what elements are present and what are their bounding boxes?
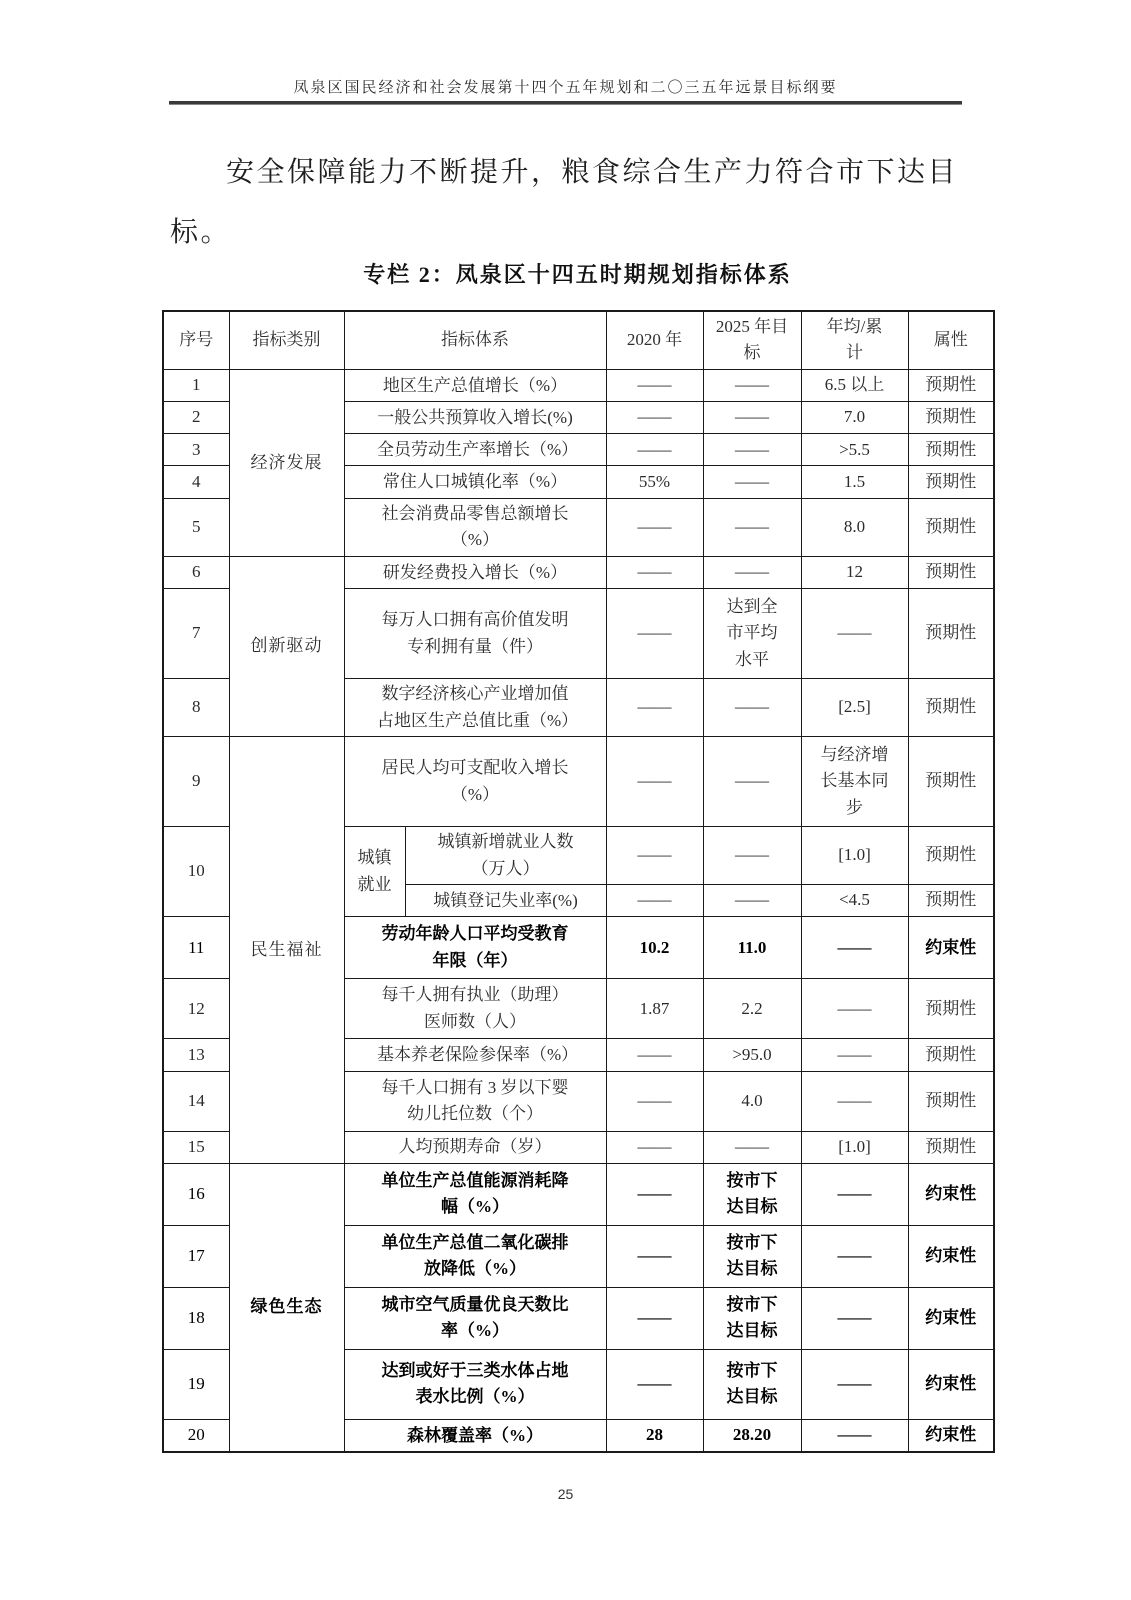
value-2020: —— — [606, 1349, 703, 1419]
value-avg: <4.5 — [801, 885, 908, 917]
indicator-name: 单位生产总值能源消耗降幅（%） — [344, 1163, 606, 1225]
value-2020: 55% — [606, 466, 703, 498]
value-2025: —— — [703, 369, 801, 401]
indicator-name: 地区生产总值增长（%） — [344, 369, 606, 401]
value-attr: 预期性 — [908, 466, 994, 498]
value-2025: —— — [703, 466, 801, 498]
value-attr: 约束性 — [908, 1287, 994, 1349]
indicator-name: 达到或好于三类水体占地表水比例（%） — [344, 1349, 606, 1419]
table-row: 16 绿色生态 单位生产总值能源消耗降幅（%） —— 按市下达目标 —— 约束性 — [163, 1163, 994, 1225]
row-no: 1 — [163, 369, 229, 401]
category-ecology: 绿色生态 — [229, 1163, 344, 1452]
row-no: 15 — [163, 1131, 229, 1163]
indicator-name: 一般公共预算收入增长(%) — [344, 401, 606, 433]
row-no: 11 — [163, 917, 229, 979]
value-2025: 达到全市平均水平 — [703, 589, 801, 679]
table-title: 专栏 2：凤泉区十四五时期规划指标体系 — [162, 258, 993, 289]
row-no: 12 — [163, 979, 229, 1039]
value-avg: —— — [801, 1349, 908, 1419]
body-paragraph-line-1: 安全保障能力不断提升，粮食综合生产力符合市下达目 — [170, 150, 1056, 190]
value-attr: 约束性 — [908, 917, 994, 979]
indicator-name: 基本养老保险参保率（%） — [344, 1039, 606, 1071]
row-no: 17 — [163, 1225, 229, 1287]
value-attr: 约束性 — [908, 1225, 994, 1287]
value-2020: —— — [606, 401, 703, 433]
indicator-name: 人均预期寿命（岁） — [344, 1131, 606, 1163]
value-2025: —— — [703, 556, 801, 588]
table-row: 1 经济发展 地区生产总值增长（%） —— —— 6.5 以上 预期性 — [163, 369, 994, 401]
header-no: 序号 — [163, 311, 229, 369]
page-number: 25 — [0, 1486, 1131, 1502]
indicator-name: 数字经济核心产业增加值占地区生产总值比重（%） — [344, 679, 606, 737]
value-2025: —— — [703, 401, 801, 433]
indicator-name: 城镇登记失业率(%) — [405, 885, 606, 917]
value-2025: 按市下达目标 — [703, 1225, 801, 1287]
value-2020: —— — [606, 498, 703, 556]
value-2020: —— — [606, 1163, 703, 1225]
row-no: 6 — [163, 556, 229, 588]
table-row: 9 民生福祉 居民人均可支配收入增长（%） —— —— 与经济增长基本同步 预期… — [163, 737, 994, 827]
row-no: 9 — [163, 737, 229, 827]
row-no: 18 — [163, 1287, 229, 1349]
value-2020: —— — [606, 369, 703, 401]
indicator-name: 城镇新增就业人数（万人） — [405, 827, 606, 885]
value-attr: 预期性 — [908, 679, 994, 737]
value-2020: —— — [606, 827, 703, 885]
value-attr: 预期性 — [908, 1039, 994, 1071]
value-attr: 预期性 — [908, 737, 994, 827]
value-2020: —— — [606, 679, 703, 737]
document-running-header: 凤泉区国民经济和社会发展第十四个五年规划和二〇三五年远景目标纲要 — [0, 76, 1131, 97]
indicator-name: 劳动年龄人口平均受教育年限（年） — [344, 917, 606, 979]
row-no: 19 — [163, 1349, 229, 1419]
indicator-name: 单位生产总值二氧化碳排放降低（%） — [344, 1225, 606, 1287]
row-no: 7 — [163, 589, 229, 679]
row-no: 3 — [163, 434, 229, 466]
value-attr: 约束性 — [908, 1349, 994, 1419]
employment-group-cell: 城镇就业 — [344, 827, 405, 917]
value-2020: 10.2 — [606, 917, 703, 979]
row-no: 4 — [163, 466, 229, 498]
value-avg: >5.5 — [801, 434, 908, 466]
value-avg: —— — [801, 1287, 908, 1349]
value-attr: 预期性 — [908, 979, 994, 1039]
value-2025: 按市下达目标 — [703, 1163, 801, 1225]
value-2025: —— — [703, 827, 801, 885]
value-avg: —— — [801, 917, 908, 979]
row-no: 8 — [163, 679, 229, 737]
value-2020: —— — [606, 885, 703, 917]
header-attribute: 属性 — [908, 311, 994, 369]
row-no: 13 — [163, 1039, 229, 1071]
row-no: 5 — [163, 498, 229, 556]
indicator-name: 研发经费投入增长（%） — [344, 556, 606, 588]
value-avg: —— — [801, 589, 908, 679]
value-2020: 1.87 — [606, 979, 703, 1039]
value-avg: —— — [801, 1419, 908, 1452]
header-divider-rule — [169, 101, 962, 105]
indicator-name: 社会消费品零售总额增长（%） — [344, 498, 606, 556]
value-avg: 6.5 以上 — [801, 369, 908, 401]
value-attr: 预期性 — [908, 1131, 994, 1163]
value-2025: 2.2 — [703, 979, 801, 1039]
row-no: 16 — [163, 1163, 229, 1225]
planning-indicator-table: 序号 指标类别 指标体系 2020 年 2025 年目标 年均/累计 属性 1 … — [162, 310, 995, 1453]
employment-group-label: 城镇就业 — [355, 845, 395, 898]
row-no: 10 — [163, 827, 229, 917]
value-attr: 预期性 — [908, 434, 994, 466]
value-2020: —— — [606, 1287, 703, 1349]
value-2020: —— — [606, 589, 703, 679]
value-attr: 约束性 — [908, 1419, 994, 1452]
value-2025: 按市下达目标 — [703, 1349, 801, 1419]
value-avg: —— — [801, 979, 908, 1039]
value-avg: [1.0] — [801, 1131, 908, 1163]
value-2020: —— — [606, 556, 703, 588]
row-no: 14 — [163, 1071, 229, 1131]
value-2025: —— — [703, 885, 801, 917]
value-avg: —— — [801, 1071, 908, 1131]
value-2025: 按市下达目标 — [703, 1287, 801, 1349]
value-attr: 约束性 — [908, 1163, 994, 1225]
value-avg: 7.0 — [801, 401, 908, 433]
value-2020: —— — [606, 1071, 703, 1131]
value-2025: >95.0 — [703, 1039, 801, 1071]
header-2025-target: 2025 年目标 — [703, 311, 801, 369]
value-2020: —— — [606, 1039, 703, 1071]
category-economy: 经济发展 — [229, 369, 344, 556]
category-innovation: 创新驱动 — [229, 556, 344, 736]
value-2020: —— — [606, 1131, 703, 1163]
category-livelihood: 民生福祉 — [229, 737, 344, 1164]
value-2025: —— — [703, 679, 801, 737]
value-avg: 12 — [801, 556, 908, 588]
value-avg: —— — [801, 1039, 908, 1071]
header-indicator: 指标体系 — [344, 311, 606, 369]
value-avg: [2.5] — [801, 679, 908, 737]
value-attr: 预期性 — [908, 589, 994, 679]
indicator-name: 每万人口拥有高价值发明专利拥有量（件） — [344, 589, 606, 679]
header-2020: 2020 年 — [606, 311, 703, 369]
indicator-name: 森林覆盖率（%） — [344, 1419, 606, 1452]
table-header-row: 序号 指标类别 指标体系 2020 年 2025 年目标 年均/累计 属性 — [163, 311, 994, 369]
row-no: 2 — [163, 401, 229, 433]
value-2020: —— — [606, 737, 703, 827]
value-2025: —— — [703, 1131, 801, 1163]
value-avg: [1.0] — [801, 827, 908, 885]
header-avg-cumulative: 年均/累计 — [801, 311, 908, 369]
row-no: 20 — [163, 1419, 229, 1452]
value-avg: 1.5 — [801, 466, 908, 498]
value-avg: 8.0 — [801, 498, 908, 556]
value-2025: 4.0 — [703, 1071, 801, 1131]
value-attr: 预期性 — [908, 885, 994, 917]
body-paragraph-line-2: 标。 — [170, 210, 1000, 250]
value-2025: —— — [703, 737, 801, 827]
value-avg: —— — [801, 1225, 908, 1287]
value-attr: 预期性 — [908, 556, 994, 588]
value-attr: 预期性 — [908, 401, 994, 433]
value-2025: 11.0 — [703, 917, 801, 979]
indicator-name: 每千人口拥有 3 岁以下婴幼儿托位数（个） — [344, 1071, 606, 1131]
indicator-name: 常住人口城镇化率（%） — [344, 466, 606, 498]
value-attr: 预期性 — [908, 827, 994, 885]
value-avg: 与经济增长基本同步 — [801, 737, 908, 827]
value-2020: —— — [606, 434, 703, 466]
indicator-name: 每千人拥有执业（助理）医师数（人） — [344, 979, 606, 1039]
table-row: 6 创新驱动 研发经费投入增长（%） —— —— 12 预期性 — [163, 556, 994, 588]
indicator-name: 全员劳动生产率增长（%） — [344, 434, 606, 466]
value-avg: —— — [801, 1163, 908, 1225]
value-attr: 预期性 — [908, 498, 994, 556]
value-2025: 28.20 — [703, 1419, 801, 1452]
header-category: 指标类别 — [229, 311, 344, 369]
indicator-name: 城市空气质量优良天数比率（%） — [344, 1287, 606, 1349]
value-2025: —— — [703, 434, 801, 466]
value-attr: 预期性 — [908, 369, 994, 401]
value-2020: 28 — [606, 1419, 703, 1452]
value-attr: 预期性 — [908, 1071, 994, 1131]
indicator-name: 居民人均可支配收入增长（%） — [344, 737, 606, 827]
value-2020: —— — [606, 1225, 703, 1287]
value-2025: —— — [703, 498, 801, 556]
